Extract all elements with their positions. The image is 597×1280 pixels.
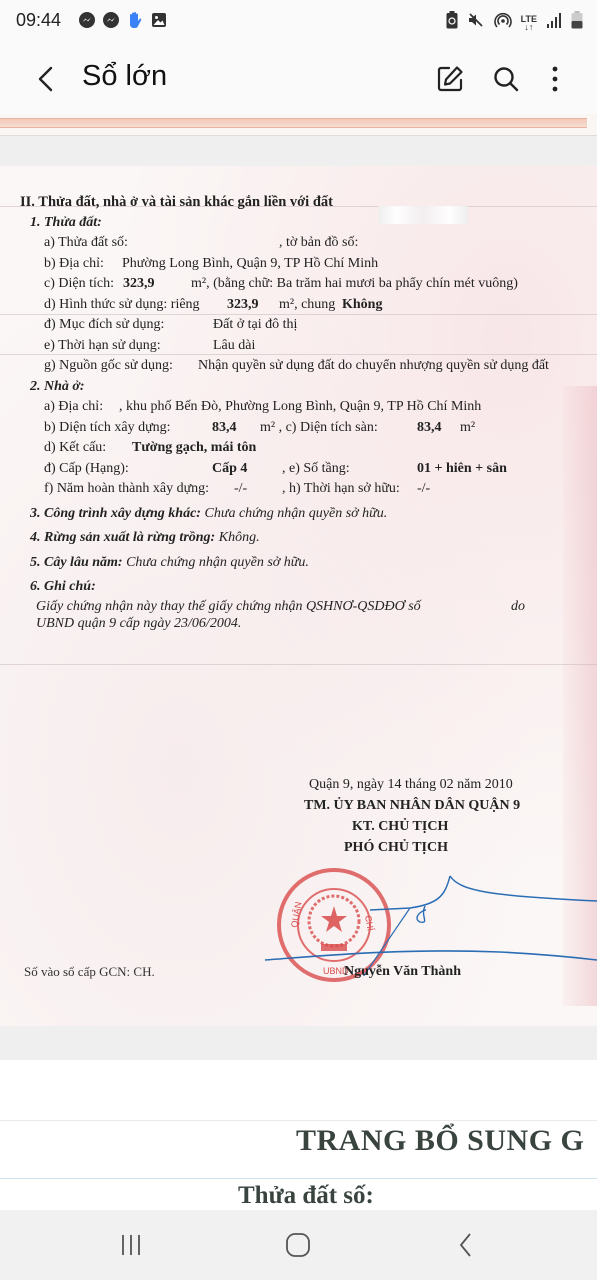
gallery-icon: [150, 11, 168, 29]
house-f-value: -/-: [234, 479, 247, 500]
house-h-value: -/-: [417, 479, 430, 500]
sign-kt: KT. CHỦ TỊCH: [352, 816, 580, 837]
section-title: II. Thửa đất, nhà ở và tài sản khác gắn …: [20, 192, 580, 213]
land-dd-value: Đất ở tại đô thị: [213, 315, 297, 336]
next-page: TRANG BỔ SUNG G Thửa đất số:: [0, 1060, 597, 1210]
house-c-unit: m²: [460, 418, 475, 439]
signal-icon: [546, 12, 562, 33]
recents-icon: [119, 1233, 143, 1257]
sign-date: Quận 9, ngày 14 tháng 02 năm 2010: [309, 774, 580, 795]
land-c-label: c) Diện tích:: [44, 274, 114, 295]
forest-value: Không.: [219, 530, 260, 545]
document-page: II. Thửa đất, nhà ở và tài sản khác gắn …: [0, 166, 597, 1026]
edit-icon: [435, 64, 465, 94]
land-row-g: g) Nguồn gốc sử dụng: Nhận quyền sử dụng…: [44, 356, 580, 377]
house-b-label: b) Diện tích xây dựng:: [44, 418, 171, 439]
notes-label: 6. Ghi chú:: [30, 579, 96, 594]
messenger-icon: [78, 11, 96, 29]
house-b-unit: m² , c) Diện tích sàn:: [260, 418, 378, 439]
land-g-label: g) Nguồn gốc sử dụng:: [44, 356, 173, 377]
land-b-value: Phường Long Bình, Quận 9, TP Hồ Chí Minh: [122, 254, 378, 275]
land-c-unit: m², (bằng chữ: Ba trăm hai mươi ba phẩy …: [191, 274, 518, 295]
forest-label: 4. Rừng sản xuất là rừng trồng:: [30, 530, 215, 545]
back-button[interactable]: [30, 62, 64, 96]
app-bar: Sổ lớn: [0, 44, 597, 114]
perennial: 5. Cây lâu năm: Chưa chứng nhận quyền sở…: [30, 553, 580, 574]
other-construction: 3. Công trình xây dựng khác: Chưa chứng …: [30, 504, 580, 525]
document-viewer[interactable]: II. Thửa đất, nhà ở và tài sản khác gắn …: [0, 114, 597, 1210]
land-row-dd: đ) Mục đích sử dụng: Đất ở tại đô thị: [44, 315, 580, 336]
land-d-shared: Không: [342, 295, 382, 316]
signature-block: Quận 9, ngày 14 tháng 02 năm 2010 TM. ỦY…: [290, 774, 580, 858]
handwritten-signature: [260, 866, 597, 976]
land-a-label: a) Thửa đất số:: [44, 233, 128, 254]
land-row-d: d) Hình thức sử dụng: riêng 323,9 m², ch…: [44, 295, 580, 316]
land-a-sep: , tờ bản đồ số:: [279, 233, 358, 254]
more-vertical-icon: [551, 64, 559, 94]
notes-line1-end: do: [511, 598, 525, 615]
house-row-d: d) Kết cấu: Tường gạch, mái tôn: [44, 438, 580, 459]
house-h-label: , h) Thời hạn sở hữu:: [282, 479, 400, 500]
navigation-bar: [0, 1210, 597, 1280]
home-icon: [285, 1232, 311, 1258]
sign-org: TM. ỦY BAN NHÂN DÂN QUẬN 9: [304, 795, 580, 816]
other-construction-label: 3. Công trình xây dựng khác:: [30, 506, 201, 521]
land-d-label: d) Hình thức sử dụng: riêng: [44, 295, 200, 316]
more-options-button[interactable]: [545, 62, 565, 96]
page-border-decoration: [0, 118, 587, 128]
land-heading: 1. Thửa đất:: [30, 213, 580, 234]
house-row-b: b) Diện tích xây dựng: 83,4 m² , c) Diện…: [44, 418, 580, 439]
land-b-label: b) Địa chỉ:: [44, 254, 104, 275]
chevron-left-icon: [30, 62, 64, 96]
house-a-label: a) Địa chỉ:: [44, 397, 103, 418]
recents-button[interactable]: [111, 1228, 151, 1262]
gcn-entry: Số vào sổ cấp GCN: CH.: [24, 964, 155, 980]
house-b-value: 83,4: [212, 418, 237, 439]
certificate-content: II. Thửa đất, nhà ở và tài sản khác gắn …: [20, 192, 580, 632]
battery-saver-icon: [446, 11, 458, 34]
house-d-label: d) Kết cấu:: [44, 438, 106, 459]
search-icon: [491, 64, 521, 94]
house-heading: 2. Nhà ở:: [30, 377, 580, 398]
hotspot-icon: [494, 11, 512, 34]
system-icons: LTE↓↑: [446, 11, 583, 34]
house-c-value: 83,4: [417, 418, 442, 439]
land-dd-label: đ) Mục đích sử dụng:: [44, 315, 164, 336]
next-page-title: TRANG BỔ SUNG G: [296, 1124, 584, 1158]
notes-text: Giấy chứng nhận này thay thế giấy chứng …: [36, 598, 580, 632]
land-c-value: 323,9: [123, 274, 155, 295]
hand-icon: [126, 11, 144, 29]
land-e-label: e) Thời hạn sử dụng:: [44, 336, 161, 357]
mute-icon: [467, 11, 485, 34]
house-row-f: f) Năm hoàn thành xây dựng: -/- , h) Thờ…: [44, 479, 580, 500]
messenger-icon: [102, 11, 120, 29]
edit-button[interactable]: [433, 62, 467, 96]
land-row-b: b) Địa chỉ: Phường Long Bình, Quận 9, TP…: [44, 254, 580, 275]
house-e-label: , e) Số tầng:: [282, 459, 350, 480]
perennial-label: 5. Cây lâu năm:: [30, 555, 123, 570]
previous-page: [0, 114, 597, 136]
notes-line2: UBND quận 9 cấp ngày 23/06/2004.: [36, 615, 580, 632]
house-dd-value: Cấp 4: [212, 459, 247, 480]
lte-icon: LTE↓↑: [521, 15, 537, 31]
search-button[interactable]: [489, 62, 523, 96]
notes: 6. Ghi chú:: [30, 577, 580, 598]
land-row-a: a) Thửa đất số: , tờ bản đồ số:: [44, 233, 580, 254]
back-icon: [456, 1232, 476, 1258]
house-f-label: f) Năm hoàn thành xây dựng:: [44, 479, 209, 500]
home-button[interactable]: [278, 1228, 318, 1262]
land-g-value: Nhận quyền sử dụng đất do chuyển nhượng …: [198, 356, 549, 377]
house-dd-label: đ) Cấp (Hạng):: [44, 459, 129, 480]
next-page-subtitle: Thửa đất số:: [238, 1182, 374, 1210]
sign-title: PHÓ CHỦ TỊCH: [344, 837, 580, 858]
status-bar: 09:44 LTE↓↑: [0, 0, 597, 44]
lte-label: LTE: [521, 14, 537, 24]
house-row-a: a) Địa chỉ: , khu phố Bến Đò, Phường Lon…: [44, 397, 580, 418]
status-time: 09:44: [16, 10, 61, 31]
perennial-value: Chưa chứng nhận quyền sở hữu.: [126, 555, 309, 570]
house-row-dd: đ) Cấp (Hạng): Cấp 4 , e) Số tầng: 01 + …: [44, 459, 580, 480]
land-row-c: c) Diện tích: 323,9 m², (bằng chữ: Ba tr…: [44, 274, 580, 295]
other-construction-value: Chưa chứng nhận quyền sở hữu.: [204, 506, 387, 521]
land-d-value: 323,9: [227, 295, 259, 316]
forest: 4. Rừng sản xuất là rừng trồng: Không.: [30, 528, 580, 549]
house-d-value: Tường gạch, mái tôn: [132, 438, 256, 459]
signer-name: Nguyễn Văn Thành: [344, 964, 461, 980]
land-row-e: e) Thời hạn sử dụng: Lâu dài: [44, 336, 580, 357]
notes-line1: Giấy chứng nhận này thay thế giấy chứng …: [36, 599, 421, 614]
house-e-value: 01 + hiên + sân: [417, 459, 507, 480]
page-title: Sổ lớn: [82, 60, 167, 93]
house-a-value: , khu phố Bến Đò, Phường Long Bình, Quận…: [119, 397, 481, 418]
battery-icon: [571, 11, 583, 34]
notification-icons: [78, 11, 168, 29]
land-e-value: Lâu dài: [213, 336, 255, 357]
land-d-unit: m², chung: [279, 295, 335, 316]
nav-back-button[interactable]: [446, 1228, 486, 1262]
